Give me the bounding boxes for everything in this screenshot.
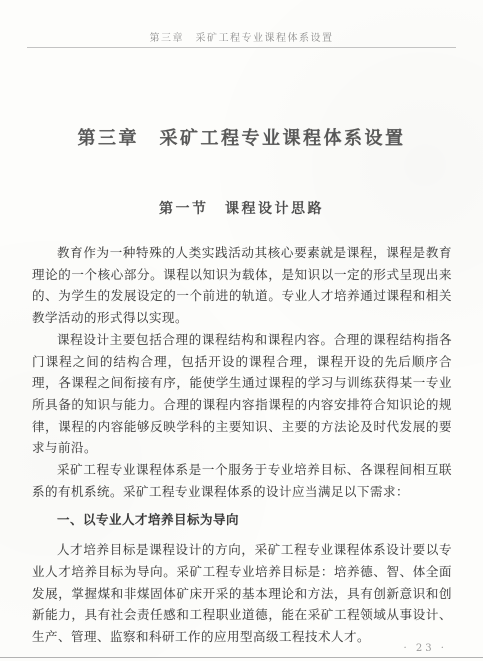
text-block: 教育作为一种特殊的人类实践活动其核心要素就是课程，课程是教育理论的一个核心部分。… bbox=[32, 242, 452, 648]
paragraph-curriculum-system: 采矿工程专业课程体系是一个服务于专业培养目标、各课程间相互联系的有机系统。采矿工… bbox=[32, 459, 452, 502]
paragraph-course-design-scope: 课程设计主要包括合理的课程结构和课程内容。合理的课程结构指各门课程之间的结构合理… bbox=[32, 329, 452, 459]
header-rule-divider bbox=[27, 47, 456, 48]
page-number: · 23 · bbox=[404, 643, 447, 654]
paragraph-training-goal: 人才培养目标是课程设计的方向，采矿工程专业课程体系设计要以专业人才培养目标为导向… bbox=[32, 539, 452, 648]
running-header-title: 第三章 采矿工程专业课程体系设置 bbox=[150, 33, 334, 44]
paragraph-education-core: 教育作为一种特殊的人类实践活动其核心要素就是课程，课程是教育理论的一个核心部分。… bbox=[32, 242, 452, 329]
running-header: 第三章 采矿工程专业课程体系设置 bbox=[0, 29, 483, 44]
book-page: 第三章 采矿工程专业课程体系设置 第三章 采矿工程专业课程体系设置 第一节 课程… bbox=[0, 0, 483, 661]
scan-bottom-edge bbox=[0, 657, 483, 658]
chapter-title: 第三章 采矿工程专业课程体系设置 bbox=[0, 124, 483, 150]
subheading-talent-goal-orientation: 一、以专业人才培养目标为导向 bbox=[32, 509, 452, 531]
section-title: 第一节 课程设计思路 bbox=[0, 198, 483, 218]
